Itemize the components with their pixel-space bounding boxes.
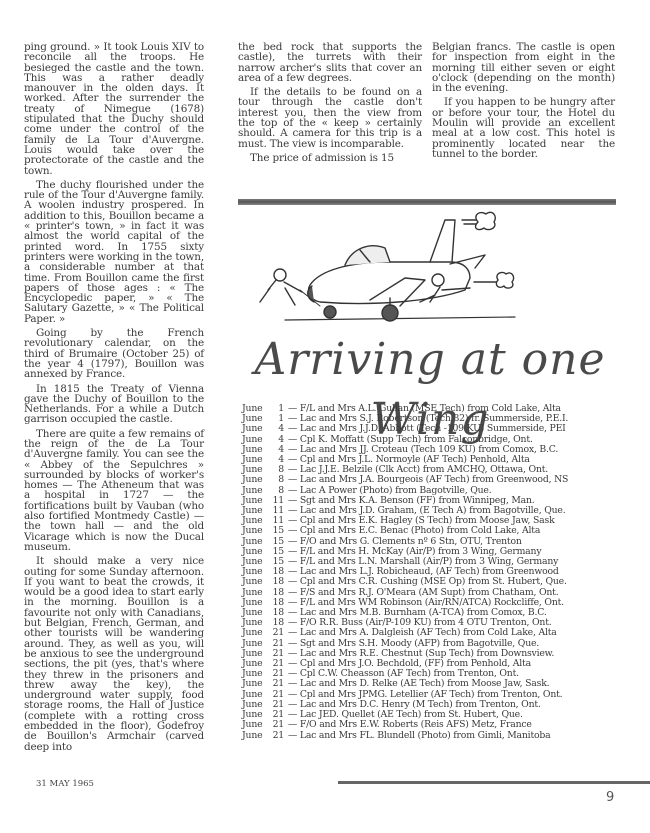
- paragraph: Going by the French revolutionary calend…: [24, 328, 204, 379]
- paragraph: ping ground. » It took Louis XIV to reco…: [24, 42, 204, 176]
- article-column-1: ping ground. » It took Louis XIV to reco…: [24, 42, 204, 756]
- jet-cartoon-illustration: [240, 210, 530, 325]
- arrival-day: 21: [270, 720, 284, 730]
- arrival-text: — Lac and Mrs FL. Blundell (Photo) from …: [288, 731, 632, 741]
- section-divider: [238, 199, 616, 205]
- arrival-month: June: [242, 720, 270, 730]
- paragraph: In 1815 the Treaty of Vienna gave the Du…: [24, 384, 204, 425]
- arrival-text: — F/O and Mrs E.W. Roberts (Reis AFS) Me…: [288, 720, 632, 730]
- arrival-day: 21: [270, 731, 284, 741]
- paragraph: Belgian francs. The castle is open for i…: [432, 42, 615, 93]
- paragraph: the bed rock that supports the castle), …: [238, 42, 422, 83]
- arrival-month: June: [242, 731, 270, 741]
- arrivals-list: June1— F/L and Mrs A.L. Gullan (MSE Tech…: [242, 404, 632, 741]
- paragraph: If you happen to be hungry after or befo…: [432, 97, 615, 159]
- paragraph: It should make a very nice outing for so…: [24, 556, 204, 752]
- paragraph: If the details to be found on a tour thr…: [238, 87, 422, 149]
- footer-rule: [338, 781, 650, 784]
- section-title: Arriving at one Wing: [240, 330, 620, 390]
- article-column-2: the bed rock that supports the castle), …: [238, 42, 422, 167]
- arrival-entry: June21— F/O and Mrs E.W. Roberts (Reis A…: [242, 720, 632, 730]
- paragraph: The duchy flourished under the rule of t…: [24, 180, 204, 324]
- page-number: 9: [606, 790, 614, 805]
- article-column-3: Belgian francs. The castle is open for i…: [432, 42, 615, 163]
- issue-date: 31 MAY 1965: [36, 779, 94, 789]
- paragraph: There are quite a few remains of the rei…: [24, 429, 204, 553]
- arrival-entry: June21— Lac and Mrs FL. Blundell (Photo)…: [242, 731, 632, 741]
- paragraph: The price of admission is 15: [238, 153, 422, 163]
